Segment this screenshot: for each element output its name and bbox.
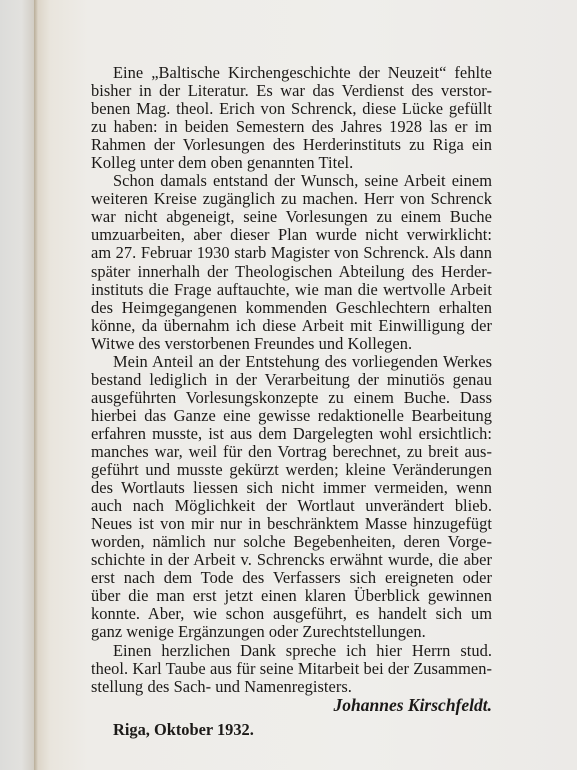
text-line: instituts die Frage auftauchte, wie man … <box>91 281 492 299</box>
place-and-date: Riga, Oktober 1932. <box>113 720 254 740</box>
text-line: geführt und musste gekürzt werden; klein… <box>91 461 492 479</box>
text-line: stellung des Sach- und Namenregisters. <box>91 678 492 696</box>
text-line: könne, da übernahm ich diese Arbeit mit … <box>91 317 492 335</box>
author-signature: Johannes Kirschfeldt. <box>91 695 492 716</box>
text-line: über die man erst jetzt einen klaren Übe… <box>91 587 492 605</box>
text-line: benen Mag. theol. Erich von Schrenck, di… <box>91 100 492 118</box>
text-line: auch nach Möglichkeit der Wortlaut unver… <box>91 497 492 515</box>
text-line: hierbei das Ganze eine gewisse redaktion… <box>91 407 492 425</box>
text-line: ganz wenige Ergänzungen oder Zurechtstel… <box>91 623 492 641</box>
text-line: ausgeführten Vorlesungskonzepte zu einem… <box>91 389 492 407</box>
text-line: war nicht abgeneigt, seine Vorlesungen z… <box>91 208 492 226</box>
text-line: Eine „Baltische Kirchengeschichte der Ne… <box>91 64 492 82</box>
text-line: erst nach dem Tode des Verfassers sich e… <box>91 569 492 587</box>
paragraph-3: Mein Anteil an der Entstehung des vorlie… <box>91 353 492 642</box>
text-line: konnte. Aber, wie schon ausgeführt, es h… <box>91 605 492 623</box>
text-line: des Heimgegangenen kommenden Geschlechte… <box>91 299 492 317</box>
text-line: Einen herzlichen Dank spreche ich hier H… <box>91 642 492 660</box>
text-line: des Wortlauts liessen sich nicht immer v… <box>91 479 492 497</box>
text-line: Mein Anteil an der Entstehung des vorlie… <box>91 353 492 371</box>
text-line: Schon damals entstand der Wunsch, seine … <box>91 172 492 190</box>
text-line: zu haben: in beiden Semestern des Jahres… <box>91 118 492 136</box>
text-line: Rahmen der Vorlesungen des Herderinstitu… <box>91 136 492 154</box>
text-line: später innerhalh der Theologischen Abtei… <box>91 263 492 281</box>
text-line: bestand lediglich in der Verarbeitung de… <box>91 371 492 389</box>
text-line: Kolleg unter dem oben genannten Titel. <box>91 154 492 172</box>
paragraph-1: Eine „Baltische Kirchengeschichte der Ne… <box>91 64 492 172</box>
text-line: Neues ist von mir nur in beschränktem Ma… <box>91 515 492 533</box>
text-line: theol. Karl Taube aus für seine Mitarbei… <box>91 660 492 678</box>
preface-text: Eine „Baltische Kirchengeschichte der Ne… <box>91 64 492 696</box>
paragraph-2: Schon damals entstand der Wunsch, seine … <box>91 172 492 352</box>
text-line: manches war, weil für den Vortrag berech… <box>91 443 492 461</box>
text-line: am 27. Februar 1930 starb Magister von S… <box>91 244 492 262</box>
previous-page-edge <box>0 0 36 770</box>
text-line: Witwe des verstorbenen Freundes und Koll… <box>91 335 492 353</box>
text-line: weiteren Kreise zugänglich zu machen. He… <box>91 190 492 208</box>
text-line: bisher in der Literatur. Es war das Verd… <box>91 82 492 100</box>
text-line: schichte in der Arbeit v. Schrencks erwä… <box>91 551 492 569</box>
text-line: erfahren musste, ist aus dem Dargelegten… <box>91 425 492 443</box>
text-line: worden, nämlich nur solche Begebenheiten… <box>91 533 492 551</box>
text-line: umzuarbeiten, aber dieser Plan wurde nic… <box>91 226 492 244</box>
paragraph-4: Einen herzlichen Dank spreche ich hier H… <box>91 642 492 696</box>
